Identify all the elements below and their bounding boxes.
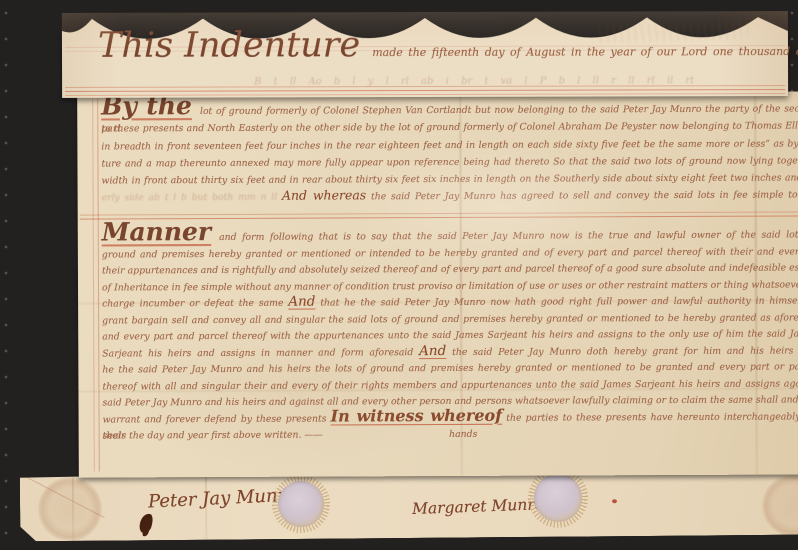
manuscript-line: warrant and forever defend by these pres… (103, 409, 798, 429)
seal-stain (762, 474, 798, 537)
line-text: grant bargain sell and convey all and si… (102, 312, 798, 326)
line-text: and every part and parcel thereof with t… (102, 328, 798, 342)
paragraph-opener: Manner (102, 217, 219, 247)
witness-clause: In witness whereof (331, 405, 503, 425)
margin-rule (97, 99, 100, 472)
manuscript-line: erly side ab t l b but both mm n ll And … (102, 187, 798, 207)
line-text: he the said Peter Jay Munro and his heir… (102, 361, 798, 375)
wax-wafer-seal (272, 475, 331, 534)
line-text: and form following that is to say that t… (219, 229, 798, 243)
line-text: Sarjeant his heirs and assigns in manner… (102, 347, 419, 359)
emphasis-and: And (288, 294, 315, 310)
document-scan: Peter Jay Munro— Margaret Munro— By thel… (0, 0, 798, 550)
line-text: ground and premises hereby granted or me… (102, 246, 798, 260)
body-paragraph-2: Mannerand form following that is to say … (102, 227, 798, 445)
line-text: the said Peter Jay Munro doth hereby gra… (446, 345, 798, 358)
signature-name: Margaret Munro (412, 495, 545, 518)
wax-wafer-seal (528, 467, 589, 528)
ink-blot-stain (137, 512, 154, 535)
faded-text: erly side ab t l b but both mm n ll (102, 192, 282, 204)
seal-stain (38, 477, 103, 542)
registration-dots-left (4, 0, 8, 550)
header-date-line: made the fifteenth day of August in the … (372, 45, 798, 59)
line-text: their appurtenances and is rightfully an… (102, 262, 798, 276)
line-text: warrant and forever defend by these pres… (103, 413, 331, 425)
line-text: that he the said Peter Jay Munro now hat… (315, 295, 798, 308)
line-text: charge incumber or defeat the same (102, 298, 288, 310)
document-title-script: This Indenture (98, 28, 360, 64)
deed-header-strip: This Indenture made the fifteenth day of… (62, 11, 788, 98)
body-paragraph-1: By thelot of ground formerly of Colonel … (101, 100, 798, 207)
red-ink-speck (612, 499, 617, 503)
emphasis-and: And (419, 342, 446, 358)
seal-disc (278, 481, 324, 527)
margin-rule (92, 99, 95, 472)
emphasis-text: And whereas (282, 188, 366, 203)
line-text: the said Peter Jay Munro has agreed to s… (366, 190, 798, 203)
faded-header-line: B t ll Ao b l y l rl ab i br t va l P b … (254, 75, 794, 87)
deed-main-sheet: By thelot of ground formerly of Colonel … (77, 91, 798, 477)
seal-disc (534, 474, 582, 522)
line-text: seals the day and year first above writt… (103, 430, 323, 442)
